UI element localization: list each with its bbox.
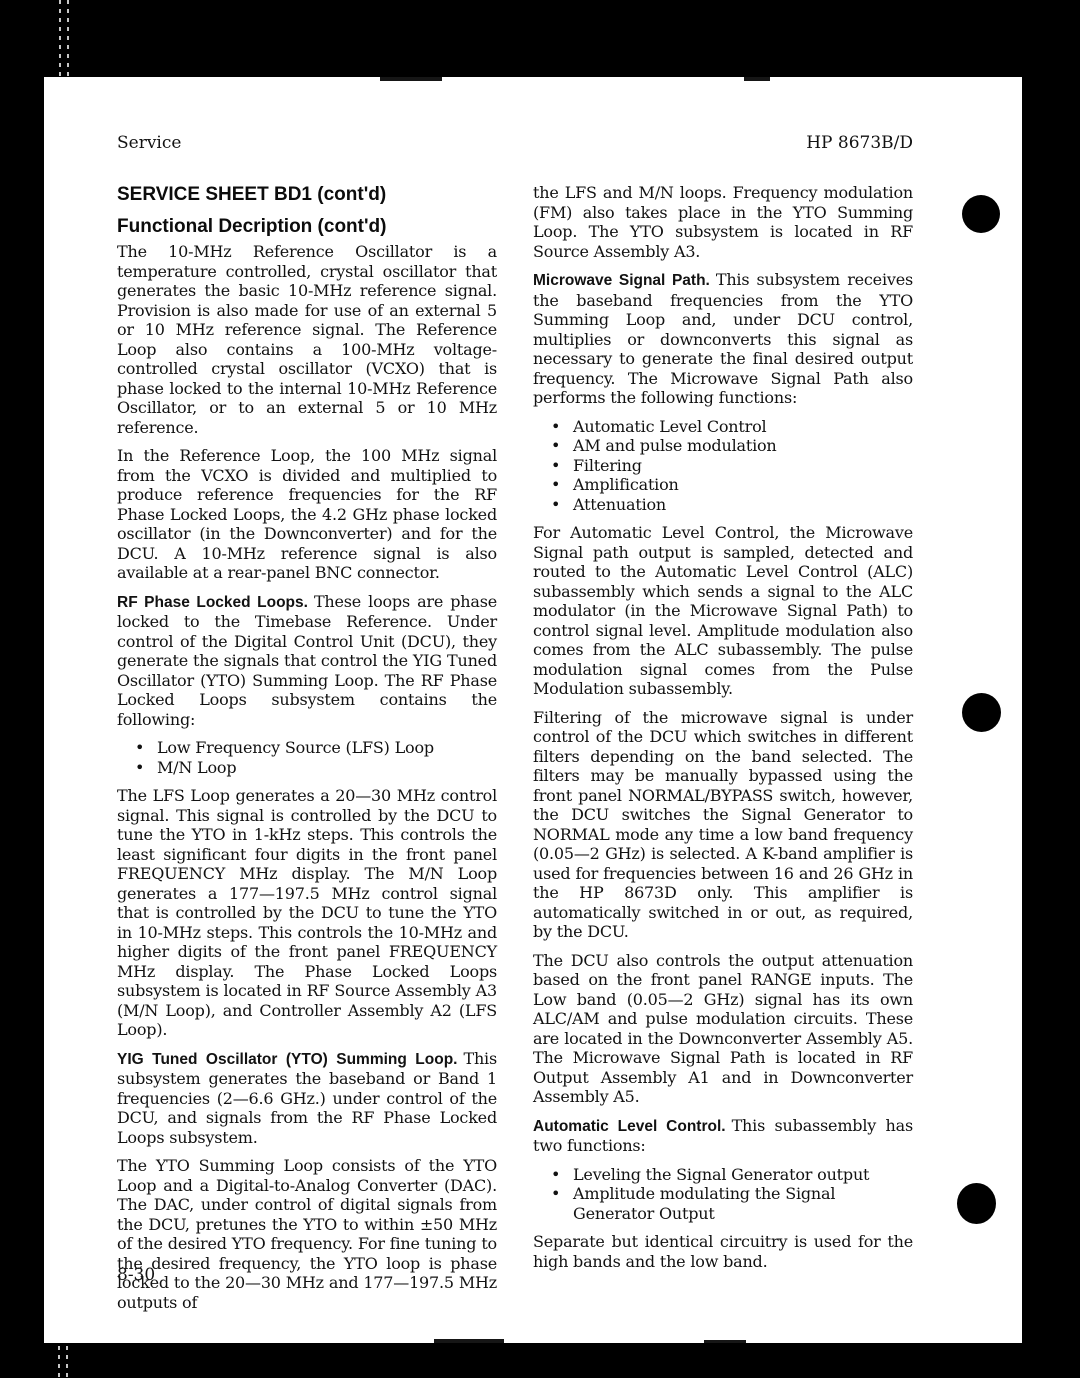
paragraph-alc-routing: For Automatic Level Control, the Microwa… [533,523,913,699]
page-header: Service HP 8673B/D [117,77,913,154]
list-item: •Low Frequency Source (LFS) Loop [117,738,497,758]
right-column: the LFS and M/N loops. Frequency modulat… [533,183,913,1321]
scan-artifact [744,77,770,81]
page-number: 8-30 [117,1265,155,1285]
automatic-level-control-head: Automatic Level Control. [533,1118,732,1135]
paragraph-reference-oscillator: The 10-MHz Reference Oscillator is a tem… [117,242,497,437]
header-model-label: HP 8673B/D [806,132,913,154]
paragraph-filtering: Filtering of the microwave signal is und… [533,708,913,942]
header-section-label: Service [117,132,181,154]
paragraph-automatic-level-control: Automatic Level Control.This subassembly… [533,1116,913,1156]
paragraph-microwave-signal-path: Microwave Signal Path.This subsystem rec… [533,270,913,408]
paragraph-reference-loop: In the Reference Loop, the 100 MHz signa… [117,446,497,583]
list-item: •Filtering [533,456,913,476]
paragraph-separate-circuitry: Separate but identical circuitry is used… [533,1232,913,1271]
left-column: SERVICE SHEET BD1 (cont'd) Functional De… [117,183,497,1321]
bullet-icon: • [135,758,157,778]
perforation-dashes [59,0,61,76]
list-item: •M/N Loop [117,758,497,778]
yto-summing-loop-head: YIG Tuned Oscillator (YTO) Summing Loop. [117,1051,463,1068]
list-item: •Attenuation [533,495,913,515]
bullet-icon: • [551,1184,573,1223]
scan-artifact [380,77,442,81]
bullet-icon: • [551,456,573,476]
list-item: •Leveling the Signal Generator output [533,1165,913,1185]
punch-hole-dot [962,693,1001,732]
bullet-icon: • [551,475,573,495]
document-page: Service HP 8673B/D SERVICE SHEET BD1 (co… [44,77,1022,1343]
bullet-icon: • [551,417,573,437]
microwave-functions-bullet-list: •Automatic Level Control •AM and pulse m… [533,417,913,515]
list-item: •Automatic Level Control [533,417,913,437]
paragraph-yto-summing-loop: YIG Tuned Oscillator (YTO) Summing Loop.… [117,1049,497,1148]
paragraph-yto-dac: The YTO Summing Loop consists of the YTO… [117,1156,497,1312]
list-item: •Amplitude modulating the Signal Generat… [533,1184,913,1223]
functional-description-heading: Functional Decription (cont'd) [117,215,497,238]
microwave-signal-path-head: Microwave Signal Path. [533,272,716,289]
list-item: •AM and pulse modulation [533,436,913,456]
punch-hole-dot [957,1183,996,1224]
perforation-dashes [67,0,69,76]
bullet-icon: • [135,738,157,758]
rf-loops-bullet-list: •Low Frequency Source (LFS) Loop •M/N Lo… [117,738,497,777]
bullet-icon: • [551,1165,573,1185]
scan-artifact [704,1340,746,1343]
scanned-page-background: Service HP 8673B/D SERVICE SHEET BD1 (co… [0,0,1080,1378]
alc-functions-bullet-list: •Leveling the Signal Generator output •A… [533,1165,913,1224]
list-item: •Amplification [533,475,913,495]
service-sheet-heading: SERVICE SHEET BD1 (cont'd) [117,183,497,206]
bullet-icon: • [551,436,573,456]
paragraph-lfs-loop: The LFS Loop generates a 20—30 MHz contr… [117,786,497,1040]
bullet-icon: • [551,495,573,515]
paragraph-attenuation: The DCU also controls the output attenua… [533,951,913,1107]
punch-hole-dot [962,195,1000,233]
two-column-body: SERVICE SHEET BD1 (cont'd) Functional De… [117,183,913,1321]
scan-artifact [434,1339,504,1343]
rf-phase-locked-loops-head: RF Phase Locked Loops. [117,594,314,611]
perforation-dashes [58,1346,60,1378]
perforation-dashes [66,1346,68,1378]
paragraph-continuation: the LFS and M/N loops. Frequency modulat… [533,183,913,261]
paragraph-rf-phase-locked-loops: RF Phase Locked Loops.These loops are ph… [117,592,497,730]
